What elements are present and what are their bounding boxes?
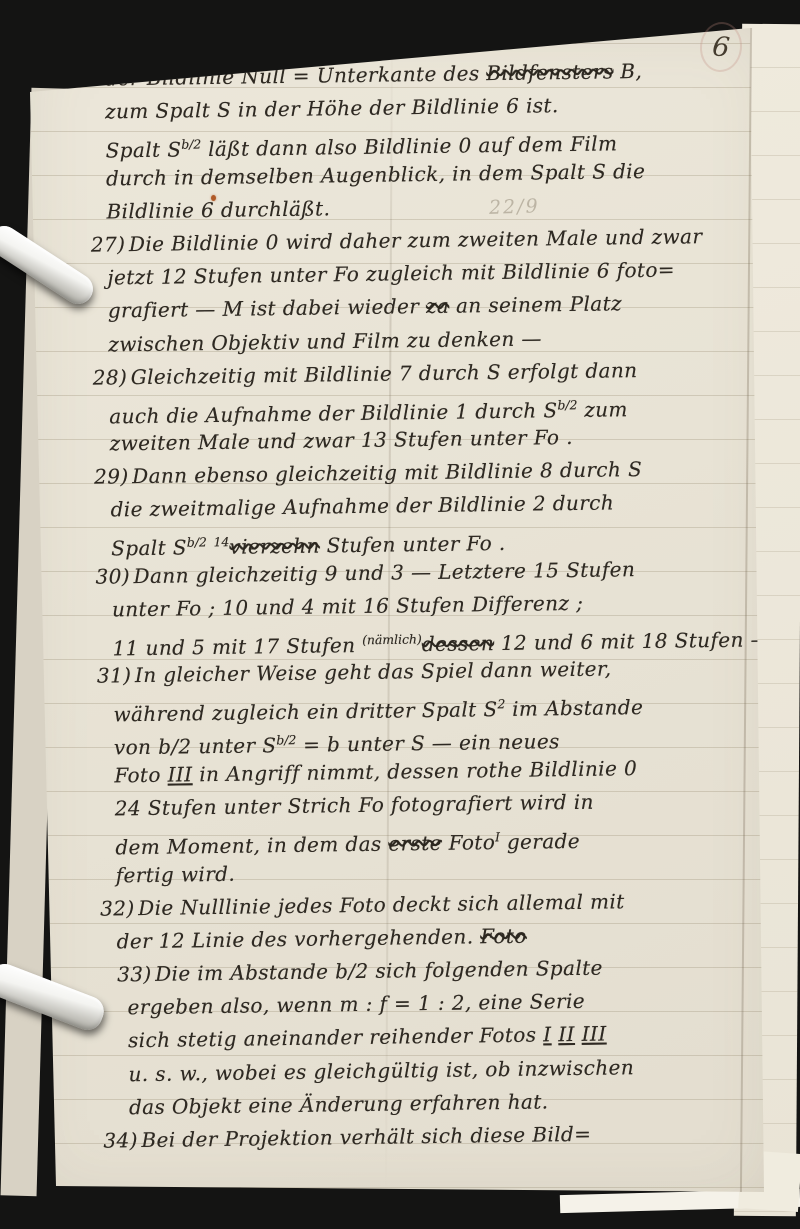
manuscript-line-text: Dann gleichzeitig 9 und 3 — Letztere 15 … (133, 557, 635, 588)
manuscript-line-text: zweiten Male und zwar 13 Stufen unter Fo… (110, 425, 574, 455)
manuscript-line-text: u. s. w., wobei es gleichgültig ist, ob … (128, 1055, 634, 1086)
manuscript-page: 22/9 der Bildlinie Null = Unterkante des… (0, 0, 800, 1229)
manuscript-line-text: Dann ebenso gleichzeitig mit Bildlinie 8… (132, 457, 642, 488)
paragraph-number: 33) (117, 958, 155, 992)
paragraph-number: 27) (91, 228, 129, 262)
manuscript-line-text: grafiert — M ist dabei wieder za an sein… (108, 292, 623, 323)
paragraph-number: 28) (93, 361, 131, 395)
manuscript-line-text: fertig wird. (116, 861, 236, 887)
manuscript-line-text: Die im Abstande b/2 sich folgenden Spalt… (155, 956, 603, 986)
manuscript-line-text: der Bildlinie Null = Unterkante des Bild… (104, 59, 642, 91)
manuscript-line-text: In gleicher Weise geht das Spiel dann we… (135, 657, 612, 688)
photographed-manuscript-scene: 22/9 der Bildlinie Null = Unterkante des… (0, 0, 800, 1229)
manuscript-line-text: Gleichzeitig mit Bildlinie 7 durch S erf… (131, 358, 638, 389)
manuscript-text: der Bildlinie Null = Unterkante des Bild… (88, 53, 767, 1157)
manuscript-line-text: Bildlinie 6 durchläßt. (106, 196, 330, 223)
manuscript-line-text: jetzt 12 Stufen unter Fo zugleich mit Bi… (107, 258, 675, 290)
manuscript-line-text: sich stetig aneinander reihender Fotos I… (128, 1022, 607, 1053)
paragraph-number: 30) (95, 560, 133, 594)
manuscript-line-text: die zweitmalige Aufnahme der Bildlinie 2… (110, 491, 614, 522)
manuscript-line-text: Foto III in Angriff nimmt, dessen rothe … (114, 756, 637, 787)
manuscript-line-text: Die Bildlinie 0 wird daher zum zweiten M… (129, 224, 703, 256)
manuscript-line-text: das Objekt eine Änderung erfahren hat. (129, 1089, 549, 1119)
manuscript-line-text: durch in demselben Augenblick, in dem Sp… (106, 158, 646, 190)
manuscript-line-text: 24 Stufen unter Strich Fo fotografiert w… (115, 790, 594, 821)
paragraph-number: 34) (103, 1124, 141, 1158)
manuscript-line-text: Die Nulllinie jedes Foto deckt sich alle… (138, 889, 625, 920)
paragraph-number: 29) (94, 460, 132, 494)
manuscript-line-text: der 12 Linie des vorhergehenden. Foto (116, 924, 526, 954)
manuscript-line-text: Bei der Projektion verhält sich diese Bi… (141, 1122, 591, 1152)
manuscript-line-text: ergeben also, wenn m : f = 1 : 2, eine S… (127, 989, 585, 1019)
manuscript-line-text: unter Fo ; 10 und 4 mit 16 Stufen Differ… (112, 591, 584, 622)
manuscript-line-text: zum Spalt S in der Höhe der Bildlinie 6 … (105, 93, 559, 123)
paragraph-number: 32) (100, 892, 138, 926)
manuscript-line-text: zwischen Objektiv und Film zu denken — (108, 326, 542, 356)
paragraph-number: 31) (97, 659, 135, 693)
